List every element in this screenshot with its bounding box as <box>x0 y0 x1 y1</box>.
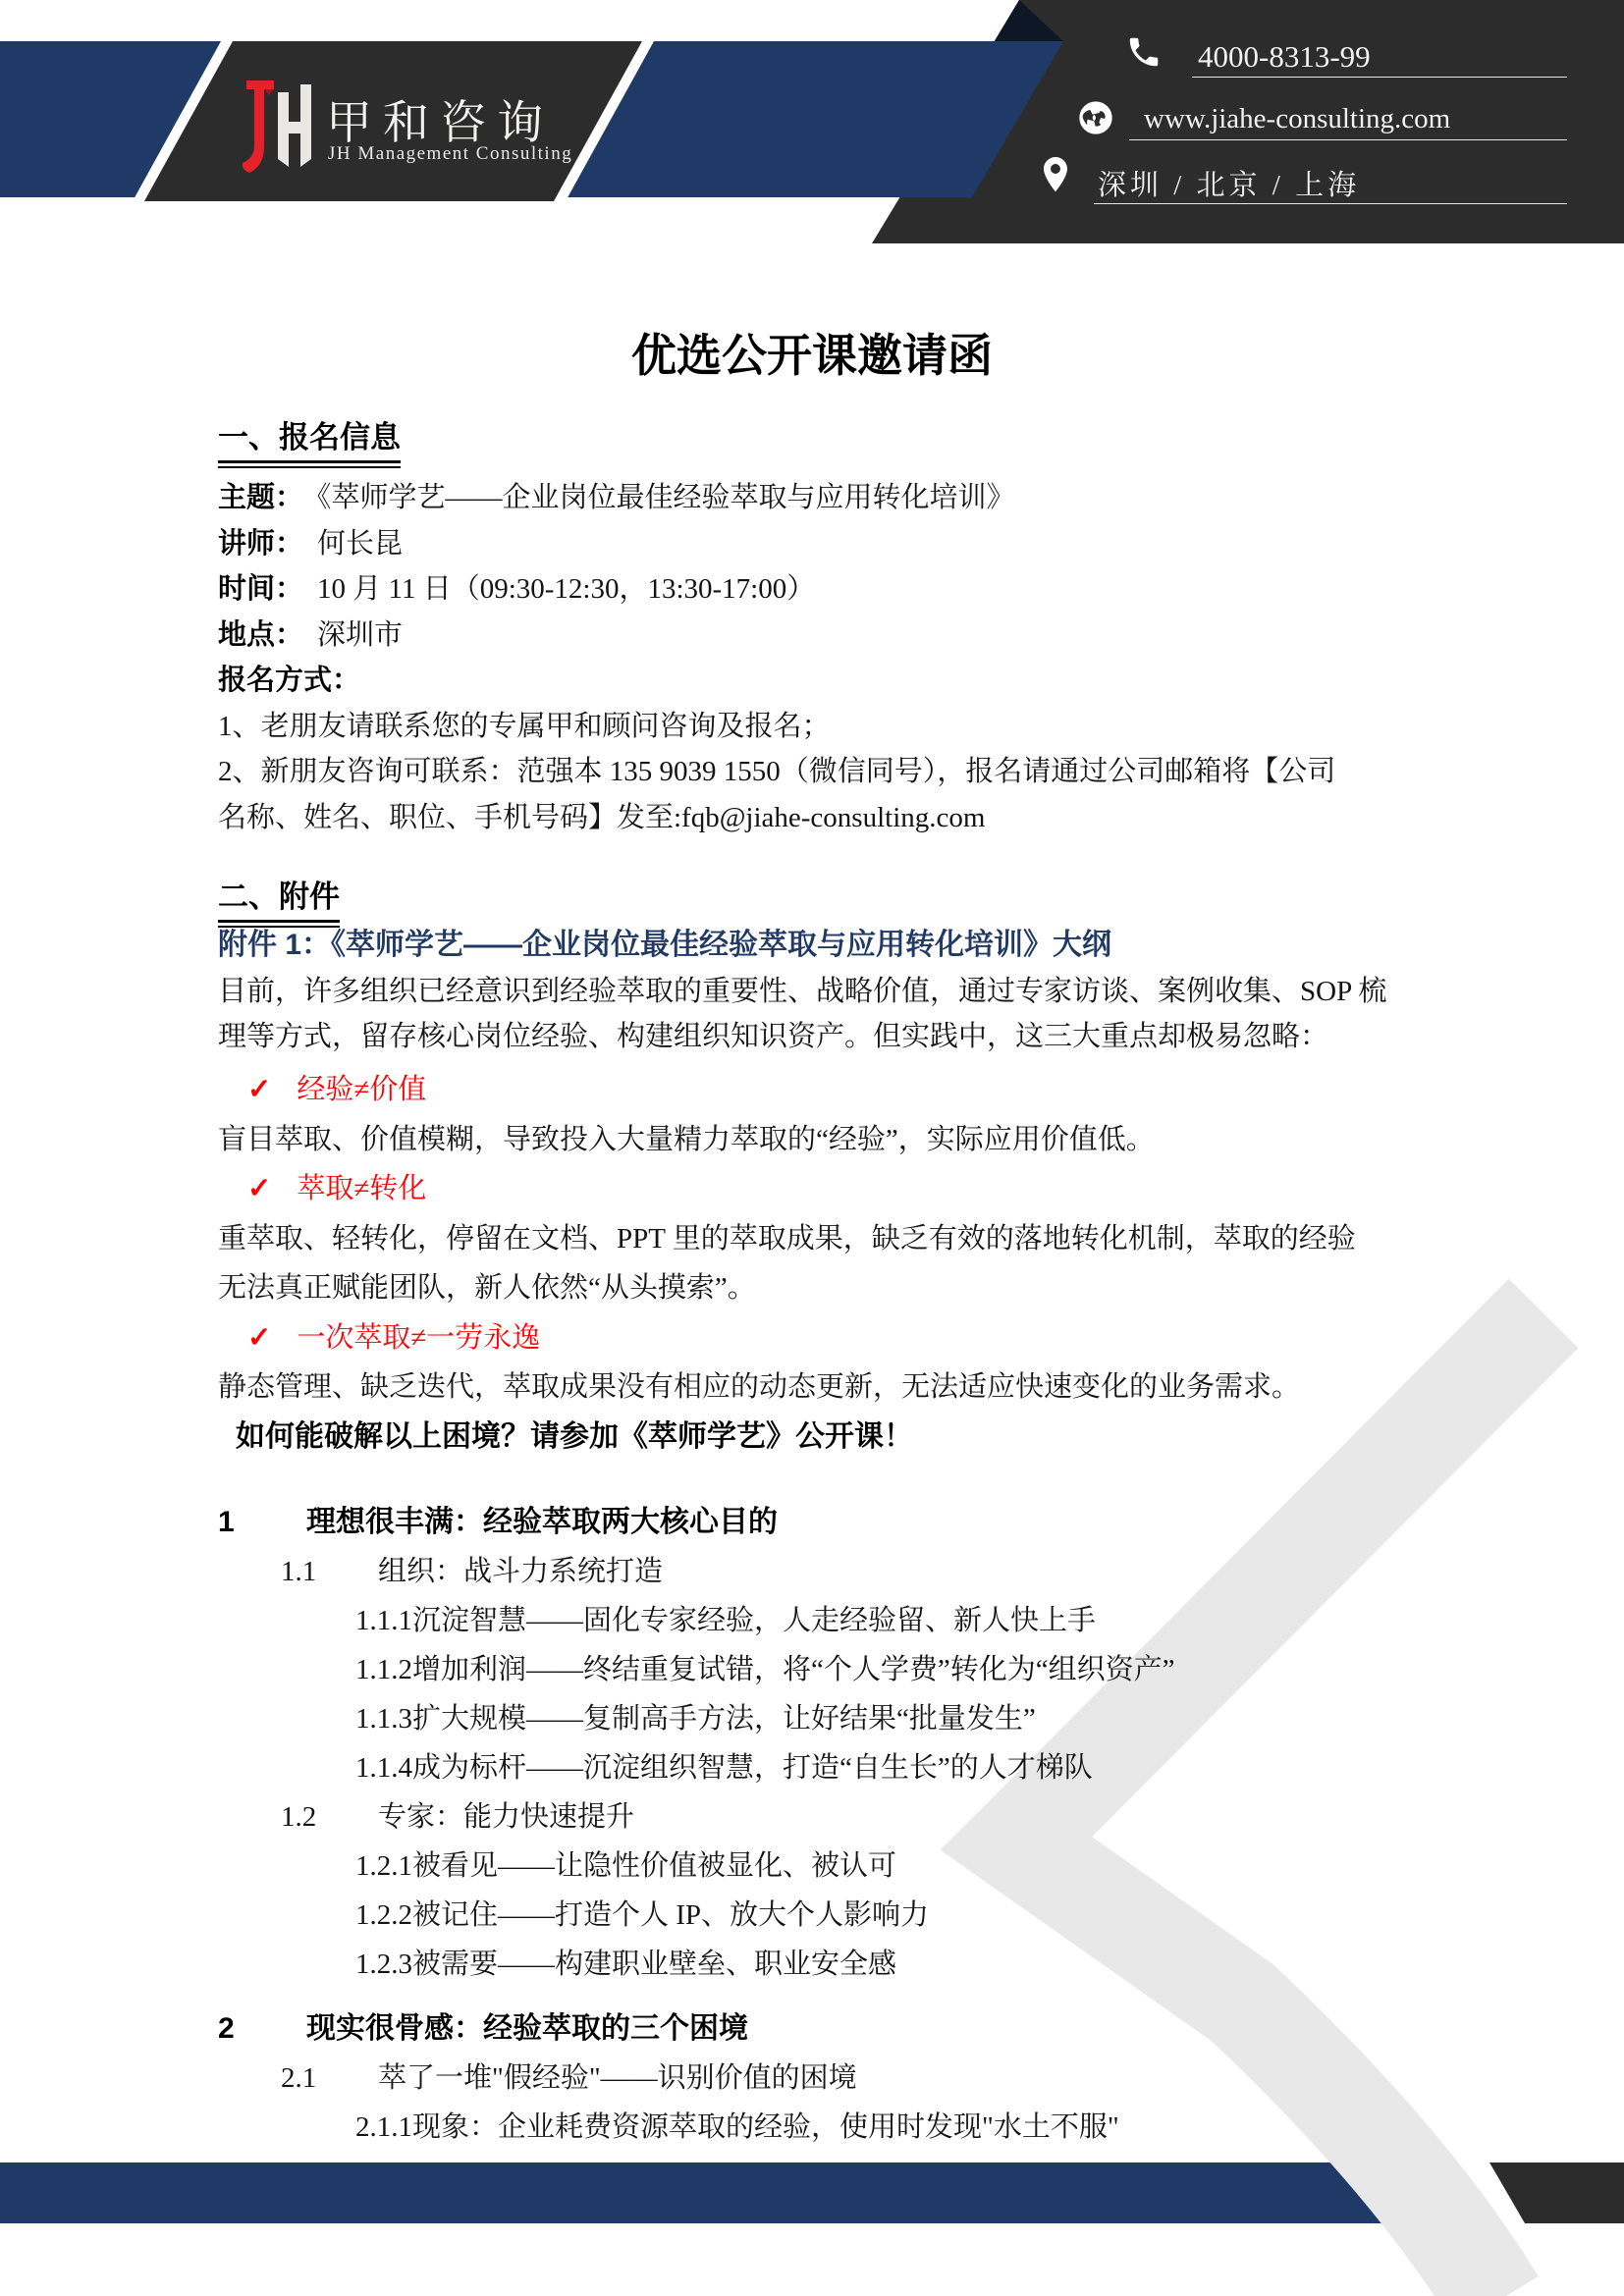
signup-item-1: 1、老朋友请联系您的专属甲和顾问咨询及报名； <box>218 704 1335 750</box>
check-icon: ✓ <box>247 1322 271 1354</box>
signup-item-2-cont: 名称、姓名、职位、手机号码】发至:fqb@jiahe-consulting.co… <box>218 795 1335 841</box>
section-heading-signup-text: 一、报名信息 <box>218 412 401 463</box>
pain-point-1-title-row: ✓经验≠价值 <box>218 1065 1356 1115</box>
signup-info-block: 主题：《萃师学艺——企业岗位最佳经验萃取与应用转化培训》 讲师：何长昆 时间：1… <box>218 475 1335 840</box>
document-page: 甲和咨询 JH Management Consulting 4000-8313-… <box>0 0 1624 2296</box>
outline-block-1: 1理想很丰满：经验萃取两大核心目的 1.1组织：战斗力系统打造 1.1.1沉淀智… <box>218 1498 1175 1989</box>
outline-item: 2现实很骨感：经验萃取的三个困境 <box>218 2004 1119 2054</box>
outline-item: 1.2.2被记住——打造个人 IP、放大个人影响力 <box>218 1891 1175 1940</box>
footer-charcoal-ribbon <box>1473 2163 1624 2223</box>
header-locations: 深圳 / 北京 / 上海 <box>1098 163 1360 203</box>
header-phone: 4000-8313-99 <box>1198 39 1371 75</box>
pain-point-1-title: 经验≠价值 <box>297 1074 426 1105</box>
field-time-label: 时间： <box>218 573 303 605</box>
pain-point-3-title-row: ✓一次萃取≠一劳永逸 <box>218 1313 1356 1363</box>
field-lecturer-label: 讲师： <box>218 528 303 560</box>
field-time-value: 10 月 11 日（09:30-12:30，13:30-17:00） <box>317 573 815 605</box>
signup-item-2: 2、新朋友咨询可联系：范强本 135 9039 1550（微信同号），报名请通过… <box>218 749 1335 795</box>
outline-item: 1.1组织：战斗力系统打造 <box>218 1547 1175 1596</box>
field-lecturer-value: 何长昆 <box>317 528 403 560</box>
check-icon: ✓ <box>247 1074 271 1105</box>
outline-item: 1.1.2增加利润——终结重复试错，将“个人学费”转化为“组织资产” <box>218 1645 1175 1694</box>
jh-logo-icon <box>229 77 327 177</box>
pain-point-2-desc-2: 无法真正赋能团队，新人依然“从头摸索”。 <box>218 1263 1356 1313</box>
outline-item: 2.1萃了一堆"假经验"——识别价值的困境 <box>218 2054 1119 2103</box>
phone-underline <box>1192 77 1567 78</box>
phone-icon <box>1125 33 1163 71</box>
pain-point-3-desc: 静态管理、缺乏迭代，萃取成果没有相应的动态更新，无法适应快速变化的业务需求。 <box>218 1362 1356 1413</box>
field-time: 时间：10 月 11 日（09:30-12:30，13:30-17:00） <box>218 566 1335 613</box>
attachment-intro-block: 附件 1：《萃师学艺——企业岗位最佳经验萃取与应用转化培训》大纲 目前，许多组织… <box>218 923 1386 1060</box>
logo-company-name-en: JH Management Consulting <box>328 143 572 165</box>
field-location-label: 地点： <box>218 619 303 651</box>
field-location-value: 深圳市 <box>317 619 403 651</box>
pain-point-2-title: 萃取≠转化 <box>297 1173 426 1204</box>
locations-underline <box>1094 203 1567 204</box>
outline-item: 1.2专家：能力快速提升 <box>218 1792 1175 1842</box>
page-title: 优选公开课邀请函 <box>0 320 1624 385</box>
outline-item: 1.1.3扩大规模——复制高手方法，让好结果“批量发生” <box>218 1694 1175 1743</box>
field-location: 地点：深圳市 <box>218 613 1335 659</box>
field-topic-value: 《萃师学艺——企业岗位最佳经验萃取与应用转化培训》 <box>317 482 1015 513</box>
field-lecturer: 讲师：何长昆 <box>218 521 1335 567</box>
outline-item: 2.1.1现象：企业耗费资源萃取的经验，使用时发现"水土不服" <box>218 2103 1119 2152</box>
section-heading-attachment: 二、附件 <box>218 872 340 928</box>
outline-item: 1.1.4成为标杆——沉淀组织智慧，打造“自生长”的人才梯队 <box>218 1743 1175 1792</box>
website-underline <box>1129 139 1567 140</box>
footer-navy-ribbon <box>0 2163 1434 2223</box>
check-icon: ✓ <box>247 1173 271 1204</box>
attachment-intro-line-1: 目前，许多组织已经意识到经验萃取的重要性、战略价值，通过专家访谈、案例收集、SO… <box>218 969 1386 1015</box>
location-pin-icon <box>1038 155 1073 200</box>
pain-point-1-desc: 盲目萃取、价值模糊，导致投入大量精力萃取的“经验”，实际应用价值低。 <box>218 1115 1356 1165</box>
pain-point-2-desc-1: 重萃取、轻转化，停留在文档、PPT 里的萃取成果，缺乏有效的落地转化机制，萃取的… <box>218 1214 1356 1264</box>
cta-line: 如何能破解以上困境？请参加《萃师学艺》公开课！ <box>218 1413 1356 1463</box>
field-topic: 主题：《萃师学艺——企业岗位最佳经验萃取与应用转化培训》 <box>218 475 1335 521</box>
logo-company-name-cn: 甲和咨询 <box>326 86 554 152</box>
section-heading-signup: 一、报名信息 <box>218 412 401 468</box>
pain-point-2-title-row: ✓萃取≠转化 <box>218 1164 1356 1214</box>
header-website: www.jiahe-consulting.com <box>1144 103 1450 135</box>
pain-points-block: ✓经验≠价值 盲目萃取、价值模糊，导致投入大量精力萃取的“经验”，实际应用价值低… <box>218 1065 1356 1462</box>
outline-item: 1.2.3被需要——构建职业壁垒、职业安全感 <box>218 1940 1175 1989</box>
outline-item: 1理想很丰满：经验萃取两大核心目的 <box>218 1498 1175 1547</box>
attachment-intro-line-2: 理等方式，留存核心岗位经验、构建组织知识资产。但实践中，这三大重点却极易忽略： <box>218 1014 1386 1060</box>
outline-item: 1.2.1被看见——让隐性价值被显化、被认可 <box>218 1842 1175 1891</box>
field-topic-label: 主题： <box>218 482 303 513</box>
outline-item: 1.1.1沉淀智慧——固化专家经验，人走经验留、新人快上手 <box>218 1596 1175 1645</box>
globe-icon <box>1076 98 1115 137</box>
attachment-title: 附件 1：《萃师学艺——企业岗位最佳经验萃取与应用转化培训》大纲 <box>218 923 1386 969</box>
section-heading-attachment-text: 二、附件 <box>218 872 340 923</box>
pain-point-3-title: 一次萃取≠一劳永逸 <box>297 1322 540 1354</box>
signup-method-label: 报名方式： <box>218 658 1335 704</box>
outline-block-2: 2现实很骨感：经验萃取的三个困境 2.1萃了一堆"假经验"——识别价值的困境 2… <box>218 2004 1119 2152</box>
